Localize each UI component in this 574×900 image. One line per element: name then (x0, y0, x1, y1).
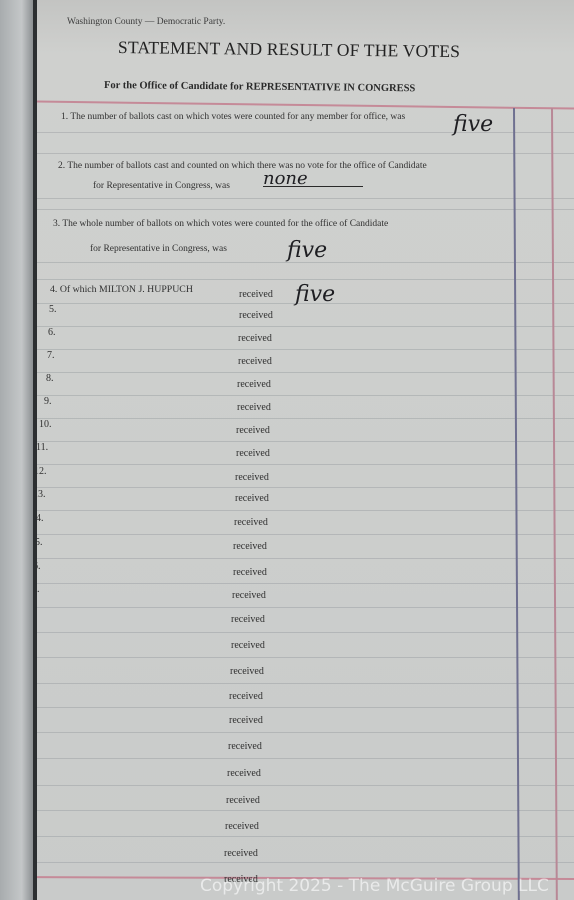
copyright-watermark: Copyright 2025 - The McGuire Group LLC (200, 876, 549, 896)
received-label: received (231, 640, 265, 651)
question-number: 2. (58, 161, 65, 171)
handwritten-answer-2[interactable]: none (263, 172, 363, 187)
question-2: 2. The number of ballots cast and counte… (58, 161, 427, 171)
received-label: received (239, 289, 273, 300)
question-3-continuation: for Representative in Congress, was (90, 244, 227, 254)
county-party-label: Washington County — Democratic Party. (67, 17, 225, 27)
ruled-line (37, 464, 574, 465)
ruled-line (37, 732, 574, 733)
received-label: received (224, 848, 258, 859)
question-text: The whole number of ballots on which vot… (62, 219, 388, 229)
candidate-number: 10. (39, 419, 52, 430)
candidate-number: 13. (37, 489, 46, 500)
page-title: STATEMENT AND RESULT OF THE VOTES (118, 37, 460, 62)
received-label: received (231, 614, 265, 625)
question-text: The number of ballots cast and counted o… (67, 161, 426, 171)
candidate-number: 15. (37, 537, 43, 548)
candidate-number: 12. (37, 466, 47, 477)
question-3: 3. The whole number of ballots on which … (53, 219, 388, 229)
received-label: received (236, 425, 270, 436)
ruled-line (37, 758, 574, 759)
office-subtitle: For the Office of Candidate for REPRESEN… (104, 80, 415, 94)
candidate-number: 11. (37, 442, 48, 453)
received-label: received (229, 691, 263, 702)
candidate-number: 5. (49, 304, 57, 315)
ballot-form-page: Washington County — Democratic Party. ST… (37, 0, 574, 900)
candidate-number: 4. Of which MILTON J. HUPPUCH (50, 284, 193, 295)
ruled-line (37, 372, 574, 373)
ruled-line (37, 632, 574, 633)
question-number: 3. (53, 219, 60, 229)
ruled-line (37, 534, 574, 535)
ruled-line (37, 132, 574, 133)
ruled-line (37, 683, 574, 684)
ruled-line (37, 607, 574, 608)
tally-column-divider (513, 108, 519, 900)
received-label: received (236, 448, 270, 459)
candidate-number: 8. (46, 373, 54, 384)
candidate-number: 6. (48, 327, 56, 338)
ruled-line (37, 441, 574, 442)
received-label: received (227, 768, 261, 779)
question-number: 1. (61, 112, 68, 122)
candidate-number: 17. (37, 584, 40, 595)
ruled-line (37, 326, 574, 327)
ruled-line (37, 810, 574, 811)
received-label: received (226, 795, 260, 806)
candidate-number: 16. (37, 561, 41, 572)
received-label: received (225, 821, 259, 832)
ruled-line (37, 657, 574, 658)
ruled-line (37, 558, 574, 559)
question-2-continuation: for Representative in Congress, was (93, 181, 230, 191)
background-surface (0, 0, 36, 900)
handwritten-votes-huppuch[interactable]: five (295, 282, 335, 307)
question-1: 1. The number of ballots cast on which v… (61, 112, 405, 122)
candidate-number: 18. (37, 609, 38, 620)
handwritten-answer-3[interactable]: five (287, 238, 327, 263)
received-label: received (228, 741, 262, 752)
received-label: received (237, 402, 271, 413)
handwritten-answer-1[interactable]: five (453, 112, 493, 137)
candidate-number: 7. (47, 350, 55, 361)
ruled-line (37, 153, 574, 154)
received-label: received (235, 472, 269, 483)
margin-column-divider (551, 108, 557, 900)
received-label: received (234, 517, 268, 528)
received-label: received (237, 379, 271, 390)
ruled-line (37, 510, 574, 511)
ruled-line (37, 395, 574, 396)
received-label: received (239, 310, 273, 321)
received-label: received (230, 666, 264, 677)
candidate-number: 9. (44, 396, 52, 407)
received-label: received (238, 333, 272, 344)
ruled-line (37, 836, 574, 837)
ruled-line (37, 583, 574, 584)
candidate-number: 14. (37, 513, 44, 524)
ruled-line (37, 487, 574, 488)
ruled-line (37, 209, 574, 210)
received-label: received (233, 541, 267, 552)
received-label: received (233, 567, 267, 578)
ruled-line (37, 279, 574, 280)
received-label: received (232, 590, 266, 601)
ruled-line (37, 349, 574, 350)
received-label: received (235, 493, 269, 504)
red-header-rule (37, 100, 574, 111)
received-label: received (238, 356, 272, 367)
question-text: The number of ballots cast on which vote… (70, 112, 405, 122)
ruled-line (37, 198, 574, 199)
ruled-line (37, 707, 574, 708)
ruled-line (37, 785, 574, 786)
received-label: received (229, 715, 263, 726)
ruled-line (37, 862, 574, 863)
ruled-line (37, 418, 574, 419)
candidate-name: Of which MILTON J. HUPPUCH (60, 284, 193, 295)
